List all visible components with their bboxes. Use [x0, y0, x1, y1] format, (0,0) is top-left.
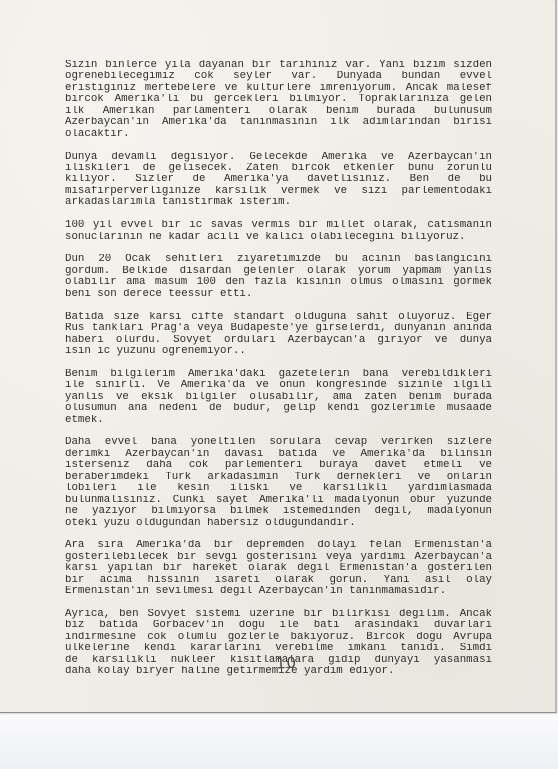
text-line: yanlıs ve eksik bilgiler olusabilir, ama… — [65, 392, 492, 403]
text-line: beraberimdeki Turk arkadasımın Turk dern… — [65, 472, 492, 483]
text-line: Daha evvel bana yoneltilen sorulara ceva… — [65, 437, 492, 448]
text-line: indirmesine cok olumlu gozlerle bakıyoru… — [65, 632, 492, 643]
text-line: olusumun ana nedeni de budur, gelip kend… — [65, 403, 492, 414]
text-line: olabilir ama masum 100 den fazla kisinin… — [65, 277, 492, 288]
text-line: Ayrıca, ben Sovyet sistemi uzerine bir b… — [65, 609, 492, 620]
text-line: haberi olurdu. Sovyet orduları Azerbayca… — [65, 335, 492, 346]
text-line: biz batıda Gorbacev'in dogu ile batı ara… — [65, 620, 492, 631]
background-surface — [0, 712, 558, 769]
typed-letter-body: Sizin binlerce yila dayanan bir tarihini… — [65, 60, 492, 689]
scanned-page: Sizin binlerce yila dayanan bir tarihini… — [0, 0, 557, 713]
text-line: arkadaslarımla tanıstırmak isterim. — [65, 197, 492, 208]
text-line: Dun 20 Ocak sehitleri ziyaretimizde bu a… — [65, 254, 492, 265]
text-line: gordum. Belkide dısardan gelenler olarak… — [65, 266, 492, 277]
text-line: ile sınırlı. Ve Amerika'da ve onun kongr… — [65, 380, 492, 391]
text-line: Rus tankları Prag'a veya Budapeste'ye gi… — [65, 323, 492, 334]
text-line: bircok Amerika'lı bu gercekleri bilmiyor… — [65, 94, 492, 105]
text-line: Azerbaycan'ın Amerika'da tanınmasının il… — [65, 117, 492, 128]
text-line: isin ic yuzunu ogrenemiyor.. — [65, 346, 492, 357]
paragraph: Daha evvel bana yoneltilen sorulara ceva… — [65, 437, 492, 529]
handwritten-page-number: 10 — [276, 653, 298, 672]
text-line: gosterilebilecek bir sevgi gosterisini v… — [65, 552, 492, 563]
text-line: lobileri ile kesin iliski ve karsılıklı … — [65, 483, 492, 494]
text-line: Ara sıra Amerika'da bir depremden dolayı… — [65, 540, 492, 551]
text-line: bulunmalısınız. Cunki sayet Amerika'lı m… — [65, 495, 492, 506]
text-line: beni son derece teessur etti. — [65, 289, 492, 300]
text-line: ogrenebilecegimiz cok seyler var. Dunyad… — [65, 71, 492, 82]
text-line: Benim bilgilerim Amerika'daki gazeteleri… — [65, 369, 492, 380]
text-line: Dunya devamlı degisiyor. Gelecekde Ameri… — [65, 152, 492, 163]
text-line: Ermenistan'ın sevilmesi degil Azerbaycan… — [65, 586, 492, 597]
text-line: olacaktır. — [65, 129, 492, 140]
text-line: karsı yapılan bir hareket olarak degil E… — [65, 563, 492, 574]
text-line: bir acıma hissinin isareti olarak gorun.… — [65, 575, 492, 586]
text-line: ne yazıyor bilmiyorsa bilmek istemedinde… — [65, 506, 492, 517]
text-line: kılıyor. Sizler de Amerika'ya davetlisin… — [65, 174, 492, 185]
text-line: misafirperverliginize karsılık vermek ve… — [65, 186, 492, 197]
paragraph: Dunya devamlı degisiyor. Gelecekde Ameri… — [65, 152, 492, 209]
text-line: iliskileri de gelisecek. Zaten bircok et… — [65, 163, 492, 174]
text-line: Batıda size karsı cifte standart oldugun… — [65, 312, 492, 323]
text-line: eristiginiz mertebelere ve kulturlere im… — [65, 83, 492, 94]
text-line: ilk Amerikan parlamenteri olarak benim b… — [65, 106, 492, 117]
text-line: 100 yıl evvel bir ic savas vermis bir mi… — [65, 220, 492, 231]
paragraph: 100 yıl evvel bir ic savas vermis bir mi… — [65, 220, 492, 243]
paragraph: Ara sıra Amerika'da bir depremden dolayı… — [65, 540, 492, 597]
text-line: sonuclarının ne kadar acılı ve kalıcı ol… — [65, 232, 492, 243]
text-line: Sizin binlerce yila dayanan bir tarihini… — [65, 60, 492, 71]
text-line: ulkelerine kendi kararlarını verebilme i… — [65, 643, 492, 654]
paragraph: Sizin binlerce yila dayanan bir tarihini… — [65, 60, 492, 140]
text-line: oteki yuzu oldugundan habersiz oldugunda… — [65, 518, 492, 529]
text-line: derimki Azerbaycan'ın davası batıda ve A… — [65, 449, 492, 460]
text-line: isterseniz daha cok parlementeri buraya … — [65, 460, 492, 471]
paragraph: Benim bilgilerim Amerika'daki gazeteleri… — [65, 369, 492, 426]
text-line: etmek. — [65, 415, 492, 426]
paragraph: Dun 20 Ocak sehitleri ziyaretimizde bu a… — [65, 254, 492, 300]
paragraph: Batıda size karsı cifte standart oldugun… — [65, 312, 492, 358]
